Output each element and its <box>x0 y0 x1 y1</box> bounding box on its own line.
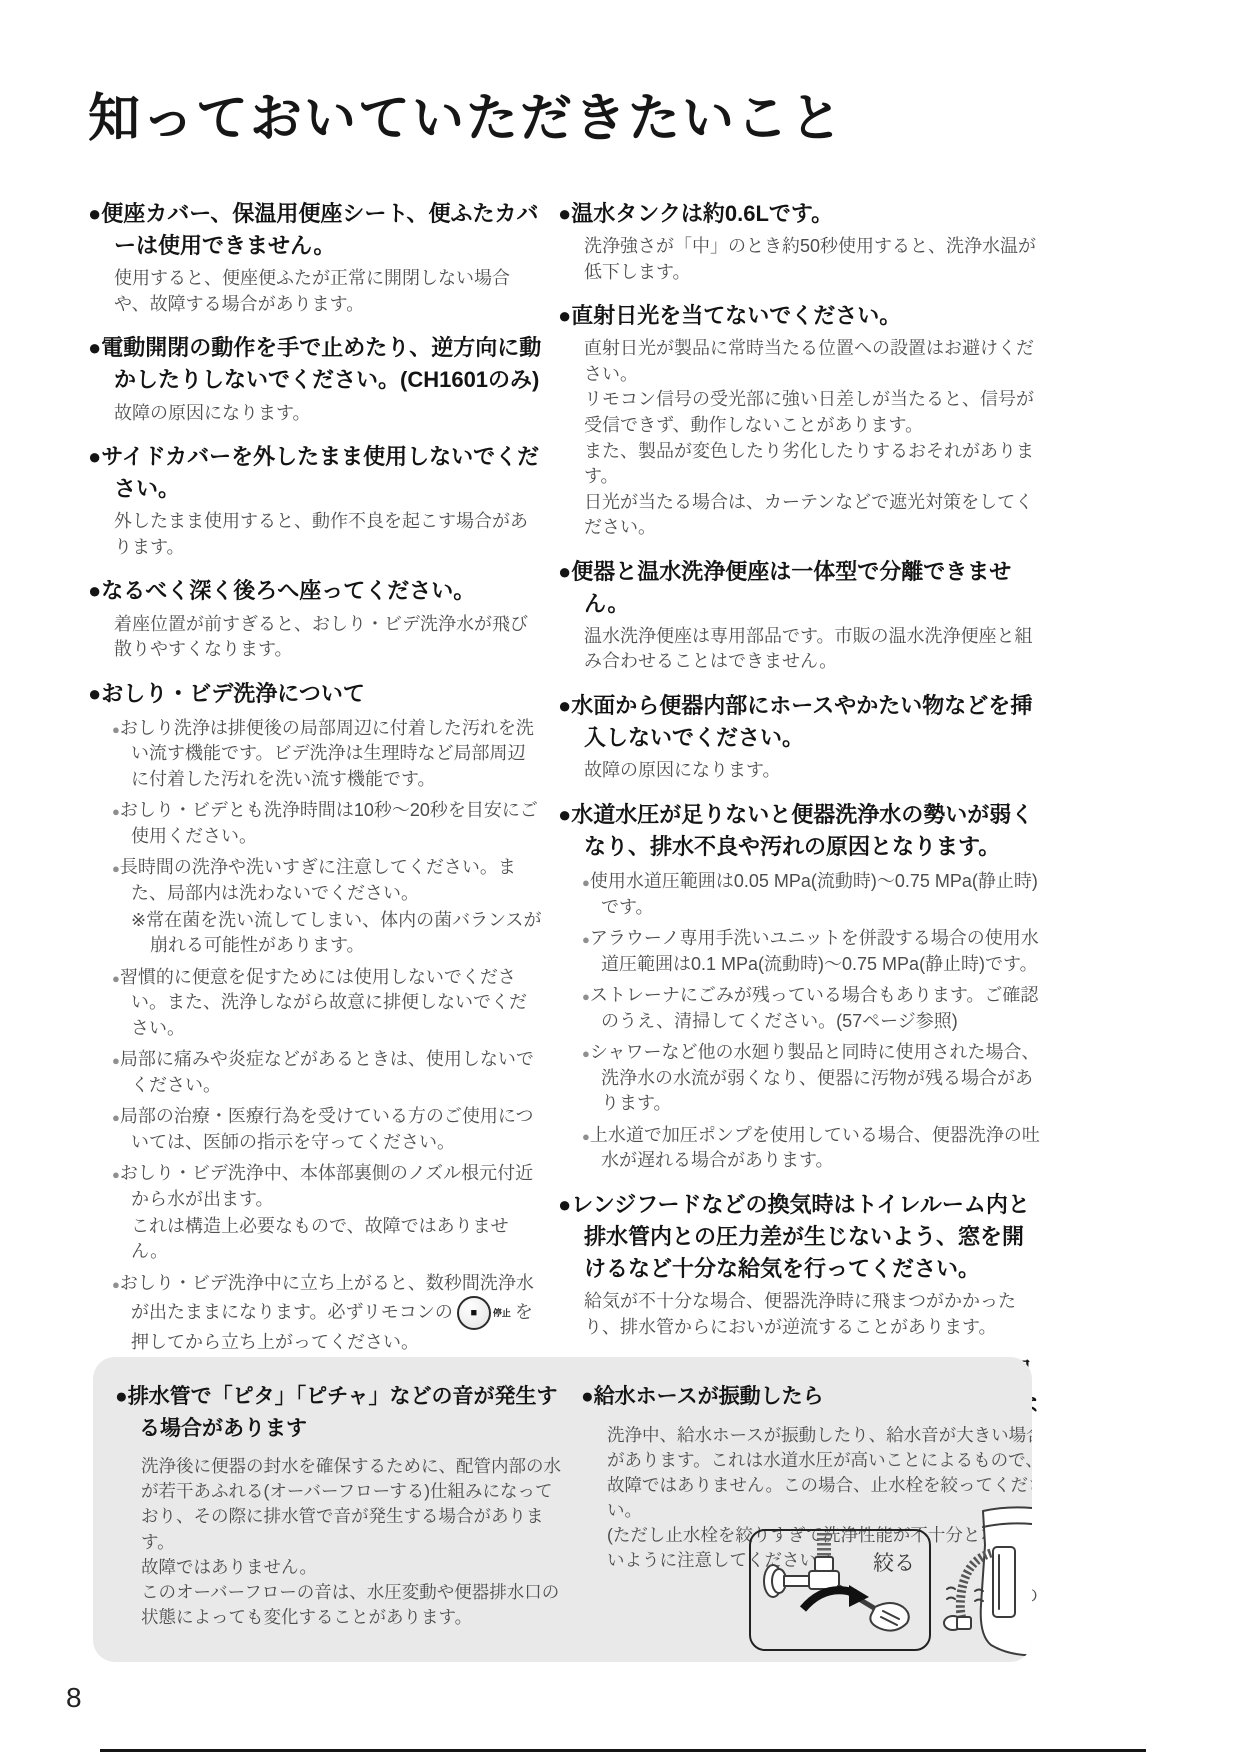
bullet-icon: ● <box>88 578 101 603</box>
item-body: 故障の原因になります。 <box>584 758 1040 784</box>
sub-text: シャワーなど他の水廻り製品と同時に使用された場合、洗浄水の水流が弱くなり、便器に… <box>590 1042 1040 1113</box>
graybox-body: このオーバーフローの音は、水圧変動や便器排水口の状態によっても変化することがあり… <box>141 1580 563 1630</box>
sub-text: 長時間の洗浄や洗いすぎに注意してください。また、局部内は洗わないでください。 <box>120 857 516 903</box>
item-body: 故障の原因になります。 <box>114 401 542 427</box>
sub-bullet-icon: ● <box>112 1110 120 1125</box>
item-heading: ●直射日光を当てないでください。 <box>558 300 1040 332</box>
item-body: 給気が不十分な場合、便器洗浄時に飛まつがかかったり、排水管からにおいが逆流するこ… <box>584 1289 1040 1340</box>
sub-text: 使用水道圧範囲は0.05 MPa(流動時)〜0.75 MPa(静止時)です。 <box>590 871 1038 917</box>
notice-item: ●便器と温水洗浄便座は一体型で分離できません。 温水洗浄便座は専用部品です。市販… <box>558 556 1040 675</box>
sub-item: ●シャワーなど他の水廻り製品と同時に使用された場合、洗浄水の水流が弱くなり、便器… <box>582 1040 1040 1117</box>
item-heading-text: おしり・ビデ洗浄について <box>101 681 365 706</box>
item-body: 着座位置が前すぎると、おしり・ビデ洗浄水が飛び散りやすくなります。 <box>114 612 542 663</box>
notice-item: ●おしり・ビデ洗浄について ●おしり洗浄は排便後の局部周辺に付着した汚れを洗い流… <box>88 678 542 1439</box>
page-number: 8 <box>66 1682 82 1714</box>
graybox-right-section: ●給水ホースが振動したら 洗浄中、給水ホースが振動したり、給水音が大きい場合があ… <box>563 1357 1032 1662</box>
item-heading-text: 便器と温水洗浄便座は一体型で分離できません。 <box>571 559 1011 616</box>
bullet-icon: ● <box>558 693 571 718</box>
notice-item: ●水面から便器内部にホースやかたい物などを挿入しないでください。 故障の原因にな… <box>558 690 1040 784</box>
item-heading: ●便器と温水洗浄便座は一体型で分離できません。 <box>558 556 1040 620</box>
sub-item: ●使用水道圧範囲は0.05 MPa(流動時)〜0.75 MPa(静止時)です。 <box>582 869 1040 920</box>
graybox-left-section: ●排水管で「ピタ」「ピチャ」などの音が発生する場合があります 洗浄後に便器の封水… <box>93 1357 563 1662</box>
sub-item: ●おしり洗浄は排便後の局部周辺に付着した汚れを洗い流す機能です。ビデ洗浄は生理時… <box>112 716 542 793</box>
item-body: 外したまま使用すると、動作不良を起こす場合があります。 <box>114 509 542 560</box>
sub-bullet-icon: ● <box>582 875 590 890</box>
item-heading: ●レンジフードなどの換気時はトイレルーム内と排水管内との圧力差が生じないよう、窓… <box>558 1189 1040 1285</box>
item-heading-text: 電動開閉の動作を手で止めたり、逆方向に動かしたりしないでください。(CH1601… <box>101 335 541 392</box>
manual-page: 知っておいていただきたいこと ●便座カバー、保温用便座シート、便ふたカバーは使用… <box>0 0 1240 1754</box>
bullet-icon: ● <box>88 444 101 469</box>
sub-item: ●局部に痛みや炎症などがあるときは、使用しないでください。 <box>112 1047 542 1098</box>
sub-item: ●ストレーナにごみが残っている場合もあります。ご確認のうえ、清掃してください。(… <box>582 983 1040 1034</box>
graybox-body: 洗浄後に便器の封水を確保するために、配管内部の水が若干あふれる(オーバーフローす… <box>141 1454 563 1555</box>
item-heading: ●サイドカバーを外したまま使用しないでください。 <box>88 441 542 505</box>
sub-item: ●上水道で加圧ポンプを使用している場合、便器洗浄の吐水が遅れる場合があります。 <box>582 1123 1040 1174</box>
sub-text: 局部の治療・医療行為を受けている方のご使用については、医師の指示を守ってください… <box>120 1106 534 1152</box>
remote-stop-button-icon: ■停止 <box>457 1296 511 1330</box>
sub-text: おしり・ビデ洗浄中、本体部裏側のノズル根元付近から水が出ます。 <box>120 1163 533 1209</box>
bullet-icon: ● <box>115 1385 128 1408</box>
valve-caption: 絞る <box>873 1547 915 1577</box>
bullet-icon: ● <box>88 335 101 360</box>
sub-bullet-icon: ● <box>112 1167 120 1182</box>
item-heading-text: 直射日光を当てないでください。 <box>571 303 901 328</box>
item-body: 使用すると、便座便ふたが正常に開閉しない場合や、故障する場合があります。 <box>114 266 542 317</box>
sub-item: ●おしり・ビデ洗浄中、本体部裏側のノズル根元付近から水が出ます。 <box>112 1161 542 1212</box>
item-heading: ●電動開閉の動作を手で止めたり、逆方向に動かしたりしないでください。(CH160… <box>88 332 542 396</box>
item-heading: ●なるべく深く後ろへ座ってください。 <box>88 575 542 607</box>
item-heading: ●水面から便器内部にホースやかたい物などを挿入しないでください。 <box>558 690 1040 754</box>
sub-text: 上水道で加圧ポンプを使用している場合、便器洗浄の吐水が遅れる場合があります。 <box>590 1125 1040 1171</box>
sub-text: 習慣的に便意を促すためには使用しないでください。また、洗浄しながら故意に排便しな… <box>120 967 527 1038</box>
sub-item: ●おしり・ビデとも洗浄時間は10秒〜20秒を目安にご使用ください。 <box>112 798 542 849</box>
toilet-illustration <box>941 1505 1032 1660</box>
sub-list: ●使用水道圧範囲は0.05 MPa(流動時)〜0.75 MPa(静止時)です。 … <box>582 869 1040 1174</box>
item-body: 温水洗浄便座は専用部品です。市販の温水洗浄便座と組み合わせることはできません。 <box>584 624 1040 675</box>
stop-square-glyph: ■ <box>471 1308 478 1319</box>
graybox-heading: ●給水ホースが振動したら <box>581 1381 1032 1413</box>
graybox-heading-text: 排水管で「ピタ」「ピチャ」などの音が発生する場合があります <box>128 1385 558 1440</box>
sub-bullet-icon: ● <box>582 932 590 947</box>
sub-bullet-icon: ● <box>112 722 120 737</box>
item-heading-text: 水道水圧が足りないと便器洗浄水の勢いが弱くなり、排水不良や汚れの原因となります。 <box>571 802 1033 859</box>
item-heading-text: 水面から便器内部にホースやかたい物などを挿入しないでください。 <box>571 693 1032 750</box>
bullet-icon: ● <box>558 201 571 226</box>
valve-illustration: 絞る <box>749 1529 931 1651</box>
bullet-icon: ● <box>558 559 571 584</box>
stop-circle: ■ <box>457 1296 491 1330</box>
sub-text: 局部に痛みや炎症などがあるときは、使用しないでください。 <box>120 1049 534 1095</box>
bullet-icon: ● <box>558 1192 571 1217</box>
bullet-icon: ● <box>88 201 101 226</box>
sub-item: ●長時間の洗浄や洗いすぎに注意してください。また、局部内は洗わないでください。 <box>112 855 542 906</box>
sub-text: おしり・ビデとも洗浄時間は10秒〜20秒を目安にご使用ください。 <box>120 800 538 846</box>
sub-bullet-icon: ● <box>112 804 120 819</box>
sub-bullet-icon: ● <box>112 1053 120 1068</box>
page-edge-line <box>100 1749 1146 1752</box>
sub-text: ストレーナにごみが残っている場合もあります。ご確認のうえ、清掃してください。(5… <box>590 985 1039 1031</box>
notice-item: ●電動開閉の動作を手で止めたり、逆方向に動かしたりしないでください。(CH160… <box>88 332 542 426</box>
page-title: 知っておいていただきたいこと <box>88 76 844 151</box>
item-heading-text: 温水タンクは約0.6Lです。 <box>571 201 833 226</box>
stop-button-label: 停止 <box>493 1307 511 1320</box>
bullet-icon: ● <box>558 303 571 328</box>
item-body: 直射日光が製品に常時当たる位置への設置はお避けください。 <box>584 336 1040 387</box>
notice-item: ●水道水圧が足りないと便器洗浄水の勢いが弱くなり、排水不良や汚れの原因となります… <box>558 799 1040 1174</box>
bullet-icon: ● <box>88 681 101 706</box>
item-heading-text: 便座カバー、保温用便座シート、便ふたカバーは使用できません。 <box>101 201 538 258</box>
note-text: ※常在菌を洗い流してしまい、体内の菌バランスが崩れる可能性があります。 <box>131 908 542 959</box>
sub-bullet-icon: ● <box>582 1046 590 1061</box>
item-heading-text: サイドカバーを外したまま使用しないでください。 <box>101 444 539 501</box>
item-body: 日光が当たる場合は、カーテンなどで遮光対策をしてください。 <box>584 490 1040 541</box>
item-body: リモコン信号の受光部に強い日差しが当たると、信号が受信できず、動作しないことがあ… <box>584 387 1040 438</box>
item-heading: ●温水タンクは約0.6Lです。 <box>558 198 1040 230</box>
sub-item: ●アラウーノ専用手洗いユニットを併設する場合の使用水道圧範囲は0.1 MPa(流… <box>582 926 1040 977</box>
graybox-heading-text: 給水ホースが振動したら <box>594 1385 824 1408</box>
sub-item: ●局部の治療・医療行為を受けている方のご使用については、医師の指示を守ってくださ… <box>112 1104 542 1155</box>
item-heading-text: なるべく深く後ろへ座ってください。 <box>101 578 475 603</box>
graybox-body: 故障ではありません。 <box>141 1555 563 1580</box>
item-heading: ●水道水圧が足りないと便器洗浄水の勢いが弱くなり、排水不良や汚れの原因となります… <box>558 799 1040 863</box>
notice-item: ●便座カバー、保温用便座シート、便ふたカバーは使用できません。 使用すると、便座… <box>88 198 542 317</box>
info-graybox: ●排水管で「ピタ」「ピチャ」などの音が発生する場合があります 洗浄後に便器の封水… <box>93 1357 1032 1662</box>
notice-item: ●なるべく深く後ろへ座ってください。 着座位置が前すぎると、おしり・ビデ洗浄水が… <box>88 575 542 662</box>
sub-bullet-icon: ● <box>582 989 590 1004</box>
bullet-icon: ● <box>581 1385 594 1408</box>
item-heading: ●おしり・ビデ洗浄について <box>88 678 542 710</box>
notice-item: ●直射日光を当てないでください。 直射日光が製品に常時当たる位置への設置はお避け… <box>558 300 1040 540</box>
item-heading: ●便座カバー、保温用便座シート、便ふたカバーは使用できません。 <box>88 198 542 262</box>
item-body: 洗浄強さが「中」のとき約50秒使用すると、洗浄水温が低下します。 <box>584 234 1040 285</box>
sub-list: ●おしり洗浄は排便後の局部周辺に付着した汚れを洗い流す機能です。ビデ洗浄は生理時… <box>112 716 542 1439</box>
sub-text: アラウーノ専用手洗いユニットを併設する場合の使用水道圧範囲は0.1 MPa(流動… <box>590 928 1039 974</box>
item-body: また、製品が変色したり劣化したりするおそれがあります。 <box>584 439 1040 490</box>
graybox-heading: ●排水管で「ピタ」「ピチャ」などの音が発生する場合があります <box>115 1381 563 1444</box>
sub-text: おしり洗浄は排便後の局部周辺に付着した汚れを洗い流す機能です。ビデ洗浄は生理時な… <box>120 718 534 789</box>
item-heading-text: レンジフードなどの換気時はトイレルーム内と排水管内との圧力差が生じないよう、窓を… <box>571 1192 1030 1281</box>
sub-bullet-icon: ● <box>112 861 120 876</box>
bullet-icon: ● <box>558 802 571 827</box>
notice-item: ●温水タンクは約0.6Lです。 洗浄強さが「中」のとき約50秒使用すると、洗浄水… <box>558 198 1040 285</box>
sub-bullet-icon: ● <box>582 1129 590 1144</box>
notice-item: ●レンジフードなどの換気時はトイレルーム内と排水管内との圧力差が生じないよう、窓… <box>558 1189 1040 1340</box>
sub-item: ●おしり・ビデ洗浄中に立ち上がると、数秒間洗浄水が出たままになります。必ずリモコ… <box>112 1271 542 1356</box>
sub-item: ●習慣的に便意を促すためには使用しないでください。また、洗浄しながら故意に排便し… <box>112 965 542 1042</box>
sub-bullet-icon: ● <box>112 971 120 986</box>
sub-text-continued: これは構造上必要なもので、故障ではありません。 <box>131 1214 542 1265</box>
notice-item: ●サイドカバーを外したまま使用しないでください。 外したまま使用すると、動作不良… <box>88 441 542 560</box>
sub-bullet-icon: ● <box>112 1277 120 1292</box>
